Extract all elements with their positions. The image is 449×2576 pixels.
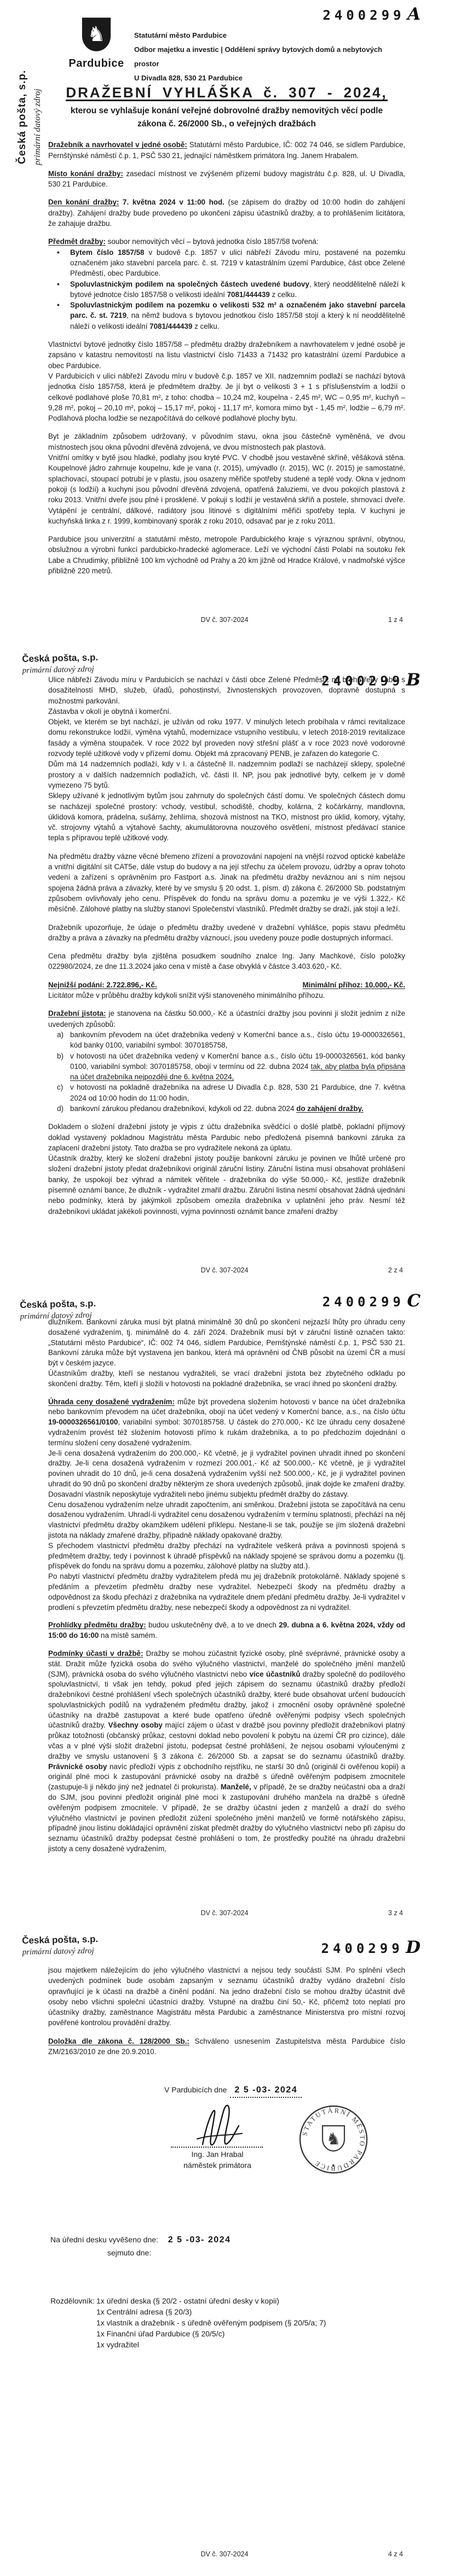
para-dokladem: Dokladem o složení dražební jistoty je v… [48, 1121, 405, 1153]
para-jeli-cena: Je-li cena dosažená vydražením do 200.00… [48, 1449, 405, 1500]
svg-text:✦: ✦ [331, 2163, 336, 2169]
postal-sender-vertical: Česká pošta, s.p. [16, 70, 28, 164]
date-stamp: 2 5 -03- 2024 [230, 2085, 302, 2098]
footer-page-number: 2 z 4 [388, 1266, 403, 1274]
list-item: b)v hotovosti na účet dražebníka vedený … [48, 1051, 405, 1083]
para-upozorneni: Dražebník upozorňuje, že údaje o předmět… [48, 922, 405, 944]
posting-block: Na úřední desku vyvěšeno dne: 2 5 -03- 2… [50, 2235, 231, 2257]
filing-stamp: 2400299 B [321, 670, 421, 690]
letterhead: Statutární město Pardubice Odbor majetku… [134, 28, 408, 85]
para-byt: Byt je základním způsobem udržovaný, v p… [48, 431, 405, 452]
page-2: Česká pošta, s.p. primární datový zdroj … [0, 636, 449, 1286]
para-predmet-intro: Předmět dražby: soubor nemovitých věcí –… [48, 236, 405, 247]
footer-doc-ref: DV č. 307-2024 [0, 2550, 449, 2558]
para-v-pardubicich: V Pardubicích v ulici nábřeží Závodu mír… [48, 371, 405, 423]
page-1: Česká pošta, s.p. primární datový zdroj … [0, 0, 449, 635]
signer-title: náměstek primátora [160, 2161, 275, 2170]
page-3-body: dlužníkem. Bankovní záruka musí být plat… [0, 1286, 449, 1854]
signing-place-label: V Pardubicích dne [164, 2085, 227, 2094]
pardubice-crest-icon: ♞ [81, 16, 112, 53]
page-1-body: DRAŽEBNÍ VYHLÁŠKA č. 307 - 2024, kterou … [0, 0, 449, 576]
para-ucastnik: Účastník dražby, který ke složení dražeb… [48, 1153, 405, 1217]
para-dum: Dům má 14 nadzemních podlaží, kdy v I. a… [48, 759, 405, 790]
distribution-item: 1x Centrální adresa (§ 20/3) [50, 2306, 326, 2317]
footer-page-number: 4 z 4 [388, 2550, 403, 2558]
para-zastavba: Zástavba v okolí je obytná i komerční. [48, 706, 405, 717]
para-jistota: Dražební jistota: je stanovena na částku… [48, 1008, 405, 1030]
bullet-glyph: • [57, 247, 60, 258]
posted-label: Na úřední desku vyvěšeno dne: [50, 2235, 158, 2244]
page-2-body: Ulice nábřeží Závodu míru v Pardubicích … [0, 636, 449, 1217]
para-drazebnik: Dražebník a navrhovatel v jedné osobě: S… [48, 139, 405, 161]
para-podminky: Podmínky účasti v dražbě: Dražby se moho… [48, 1649, 405, 1854]
letterhead-org: Statutární město Pardubice [134, 28, 408, 43]
para-ucastnikum: Účastníkům dražby, kteří se nestanou vyd… [48, 1369, 405, 1389]
para-vnitrni-omitky: Vnitřní omítky v bytě jsou hladké, podla… [48, 452, 405, 526]
para-prohlidky: Prohlídky předmětu dražby: budou uskuteč… [48, 1620, 405, 1641]
postal-source-vertical: primární datový zdroj [33, 89, 43, 165]
signer-name: Ing. Jan Hrabal [160, 2150, 275, 2159]
bid-terms-row: Nejnižší podání: 2.722.896,- Kč. Minimál… [48, 980, 405, 990]
para-sklepy: Sklepy užívané k jednotlivým bytům jsou … [48, 790, 405, 843]
pardubice-logo: ♞ Pardubice [58, 16, 135, 70]
stamp-letter: B [406, 670, 421, 690]
svg-text:♞: ♞ [87, 22, 105, 45]
filing-stamp: 2400299 D [321, 1938, 421, 1957]
removed-label: sejmuto dne: [107, 2248, 231, 2257]
stamp-number: 2400299 [321, 673, 404, 689]
official-seal-icon: STATUTÁRNÍ MĚSTO PARDUBICE ♞ ✦ [298, 2104, 369, 2175]
document-title: DRAŽEBNÍ VYHLÁŠKA č. 307 - 2024, [66, 88, 387, 101]
stamp-number: 2400299 [321, 1941, 404, 1956]
bullet-glyph: • [57, 279, 60, 289]
page-4: Česká pošta, s.p. primární datový zdroj … [0, 1915, 449, 2576]
distribution-item: 1x úřední deska (§ 20/2 - ostatní úřední… [96, 2296, 279, 2305]
postal-sender: Česká pošta, s.p. primární datový zdroj [22, 1934, 99, 1957]
distribution-item: 1x vlastník a dražebník - s úředně ověře… [50, 2317, 326, 2328]
posted-row: Na úřední desku vyvěšeno dne: 2 5 -03- 2… [50, 2235, 231, 2245]
para-licitator: Licitátor může v průběhu dražby kdykoli … [48, 990, 405, 1001]
para-pardubice-mesto: Pardubice jsou univerzitní a statutární … [48, 534, 405, 576]
list-item: d)bankovní zárukou předanou dražebníkovi… [48, 1103, 405, 1114]
minimum-raise: Minimální příhoz: 10.000,- Kč. [302, 980, 405, 990]
distribution-item: 1x Finanční úřad Pardubice (§ 20/5/c) [50, 2328, 326, 2339]
distribution-item: 1x vydražitel [50, 2339, 326, 2350]
para-cenu: Cenu dosaženou vydražením nelze uhradit … [48, 1500, 405, 1541]
para-objekt: Objekt, ve kterém se byt nachází, je uží… [48, 717, 405, 759]
stamp-letter: D [406, 1938, 421, 1957]
para-po-nabyti: Po nabytí vlastnictví předmětu dražby vy… [48, 1572, 405, 1613]
lowest-bid: Nejnižší podání: 2.722.896,- Kč. [48, 980, 157, 990]
document-subtitle: kterou se vyhlašuje konání veřejné dobro… [48, 104, 405, 131]
para-dluznikem: dlužníkem. Bankovní záruka musí být plat… [48, 1317, 405, 1369]
filing-stamp: 2400299 A [323, 4, 421, 24]
para-vlastnictvi: Vlastnictví bytové jednotky číslo 1857/5… [48, 339, 405, 371]
postal-sender: Česká pošta, s.p. primární datový zdroj [22, 652, 99, 676]
stamp-letter: A [407, 4, 421, 24]
scanned-auction-notice: { "glyphs": {"bullet": "•", "knight": "♞… [0, 0, 449, 2576]
para-s-prechodem: S přechodem vlastnictví předmětu dražby … [48, 1541, 405, 1572]
list-item: •Spoluvlastnickým podílem na pozemku o v… [48, 300, 405, 332]
para-cena: Cena předmětu dražby byla zjištěna posud… [48, 951, 405, 972]
svg-text:♞: ♞ [326, 2130, 341, 2148]
footer-doc-ref: DV č. 307-2024 [0, 1266, 449, 1274]
stamp-number: 2400299 [323, 8, 405, 23]
para-misto: Místo konání dražby: zasedací místnost v… [48, 168, 405, 190]
para-jsou-majetkem: jsou majetkem náležejícím do jeho výlučn… [48, 1965, 405, 2028]
bullet-glyph: • [57, 300, 60, 310]
logo-city-label: Pardubice [58, 57, 135, 70]
postal-sender: Česká pošta, s.p. primární datový zdroj [20, 1298, 96, 1322]
stamp-number: 2400299 [323, 1294, 405, 1310]
distribution-label: Rozdělovník: [50, 2295, 95, 2306]
filing-stamp: 2400299 C [323, 1291, 421, 1311]
date-stamp: 2 5 -03- 2024 [168, 2235, 231, 2244]
footer-page-number: 1 z 4 [388, 616, 403, 624]
distribution-list: Rozdělovník: 1x úřední deska (§ 20/2 - o… [50, 2295, 326, 2350]
para-dolozka: Doložka dle zákona č. 128/2000 Sb.: Schv… [48, 2036, 405, 2057]
list-item: •Bytem číslo 1857/58 v budově č.p. 1857 … [48, 247, 405, 279]
signature-line [171, 2147, 263, 2148]
list-item: •Spoluvlastnickým podílem na společných … [48, 279, 405, 300]
predmet-bullet-list: •Bytem číslo 1857/58 v budově č.p. 1857 … [48, 247, 405, 332]
list-item: a)bankovním převodem na účet dražebníka … [48, 1030, 405, 1051]
letterhead-dept: Odbor majetku a investic | Oddělení sprá… [134, 43, 408, 71]
para-uhrada: Úhrada ceny dosažené vydražením: může bý… [48, 1397, 405, 1449]
para-den-konani: Den konání dražby: 7. května 2024 v 11:0… [48, 197, 405, 229]
list-item: c)v hotovosti na pokladně dražebníka na … [48, 1082, 405, 1103]
stamp-letter: C [407, 1291, 421, 1311]
signature-icon [185, 2100, 267, 2149]
signing-place-date: V Pardubicích dne2 5 -03- 2024 [164, 2085, 302, 2098]
para-bremeno: Na předmětu dražby vázne věcné břemeno z… [48, 851, 405, 915]
footer-doc-ref: DV č. 307-2024 [0, 616, 449, 624]
page-3: Česká pošta, s.p. primární datový zdroj … [0, 1286, 449, 1915]
letterhead-address: U Divadla 828, 530 21 Pardubice [134, 71, 408, 85]
deposit-methods-list: a)bankovním převodem na účet dražebníka … [48, 1030, 405, 1114]
